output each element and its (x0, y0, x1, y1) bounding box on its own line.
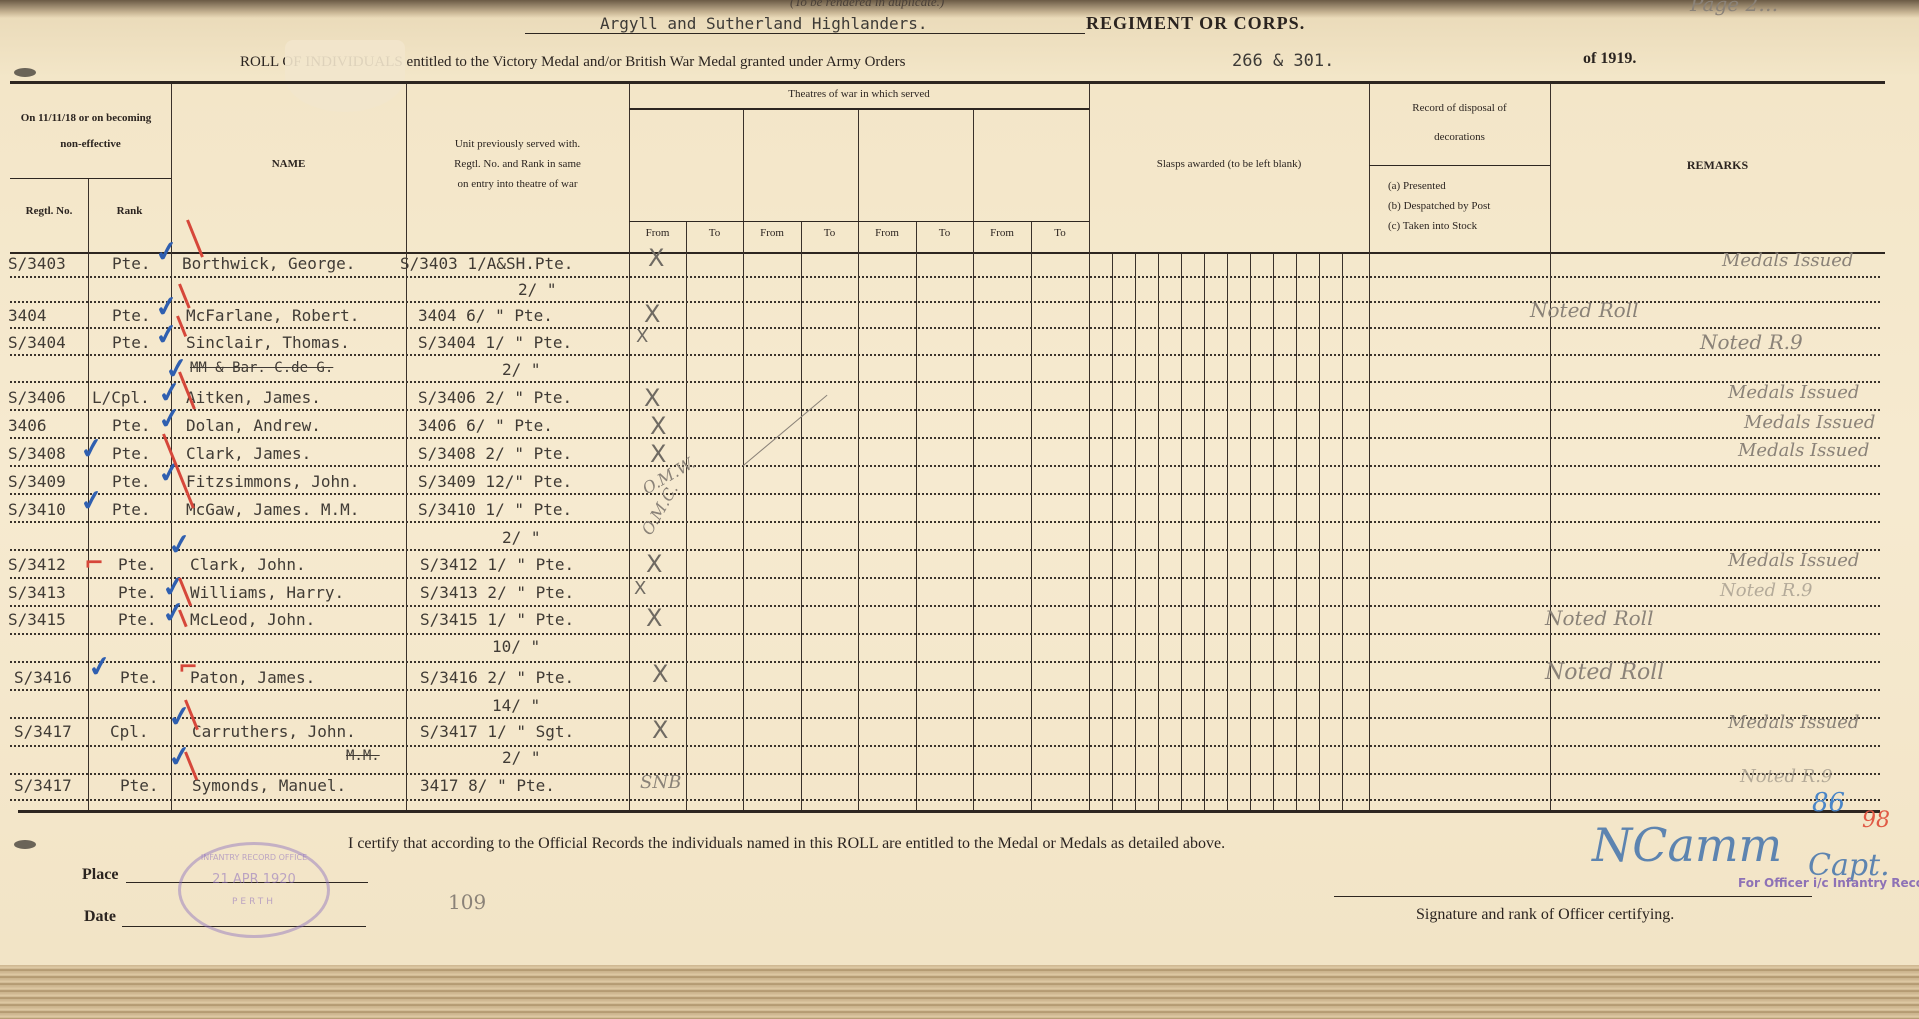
col-divider-t6 (973, 110, 974, 810)
col-divider-unit (406, 84, 407, 810)
pencil-x-mark: X (644, 300, 660, 328)
clasp-line (1204, 254, 1205, 810)
book-page-edges (0, 965, 1919, 1019)
soldier-name: Symonds, Manuel. (192, 776, 346, 795)
row-rule (10, 354, 1880, 356)
row-rule (10, 276, 1880, 278)
rank: Pte. (118, 555, 157, 574)
prior-unit: S/3404 1/ " Pte. (418, 333, 572, 352)
row-rule (10, 799, 1880, 801)
clasp-line (1342, 254, 1343, 810)
regtl-no: S/3415 (8, 610, 66, 629)
clasp-line (1227, 254, 1228, 810)
regtl-no: S/3413 (8, 583, 66, 602)
soldier-name: Dolan, Andrew. (186, 416, 321, 435)
rank: Pte. (118, 583, 157, 602)
certification-statement: I certify that according to the Official… (348, 835, 1225, 853)
page-top-shadow (0, 0, 1919, 18)
soldier-name: McGaw, James. M.M. (186, 500, 359, 519)
soldier-name: Paton, James. (190, 668, 315, 687)
header-disposal-line2: decorations (1369, 131, 1550, 143)
clasp-line (1112, 254, 1113, 810)
row-rule (10, 381, 1880, 383)
prior-unit: 2/ " (518, 280, 557, 299)
roll-year: of 1919. (1583, 50, 1636, 68)
clasp-line (1250, 254, 1251, 810)
col-divider-t7 (1031, 222, 1032, 810)
record-office-stamp: INFANTRY RECORD OFFICE 21 APR 1920 PERTH (178, 842, 330, 938)
stamp-date: 21 APR 1920 (181, 872, 327, 887)
regtl-no: S/3417 (14, 722, 72, 741)
pencil-x-mark: X (646, 550, 662, 578)
prior-unit: S/3408 2/ " Pte. (418, 444, 572, 463)
from-to-rule (629, 221, 1089, 222)
prior-unit: 10/ " (492, 637, 540, 656)
header-unit-line1: Unit previously served with. (406, 138, 629, 150)
header-to-3: To (916, 227, 973, 239)
clasp-line (1273, 254, 1274, 810)
disposal-rule (1369, 165, 1550, 166)
header-clasps: Slasps awarded (to be left blank) (1089, 158, 1369, 170)
stamp-office: INFANTRY RECORD OFFICE (181, 853, 327, 862)
prior-unit: 3417 8/ " Pte. (420, 776, 555, 795)
remark-handwritten: Noted R.9 (1740, 766, 1832, 787)
remark-handwritten: Noted R.9 (1720, 580, 1812, 601)
header-remarks: REMARKS (1550, 158, 1885, 173)
soldier-name: Sinclair, Thomas. (186, 333, 350, 352)
row-rule (10, 577, 1880, 579)
prior-unit: 3404 6/ " Pte. (418, 306, 553, 325)
header-name: NAME (171, 158, 406, 170)
row-rule (10, 465, 1880, 467)
blue-checkmark: ✓ (78, 431, 106, 467)
col-divider-t2 (743, 110, 744, 810)
pencil-x-mark: X (652, 716, 668, 744)
remark-handwritten: Noted Roll (1545, 606, 1653, 630)
header-unit-line2: Regtl. No. and Rank in same (406, 158, 629, 170)
pencil-note: SNB (640, 772, 681, 793)
prior-unit: S/3416 2/ " Pte. (420, 668, 574, 687)
rank: Pte. (118, 610, 157, 629)
rank: L/Cpl. (92, 388, 150, 407)
regtl-no: 3404 (8, 306, 47, 325)
roll-title-rest: entitled to the Victory Medal and/or Bri… (407, 54, 906, 70)
soldier-name: McLeod, John. (190, 610, 315, 629)
col-divider-t3 (801, 222, 802, 810)
remark-handwritten: Noted Roll (1545, 660, 1664, 685)
soldier-name: McFarlane, Robert. (186, 306, 359, 325)
header-disposal-line1: Record of disposal of (1369, 102, 1550, 114)
header-theatres: Theatres of war in which served (629, 88, 1089, 100)
rank: Pte. (112, 500, 151, 519)
header-to-1: To (686, 227, 743, 239)
regtl-no: S/3410 (8, 500, 66, 519)
army-orders-number: 266 & 301. (1232, 51, 1334, 71)
prior-unit: 2/ " (502, 528, 541, 547)
soldier-name: Borthwick, George. (182, 254, 355, 273)
header-on-date: On 11/11/18 or on becoming (2, 112, 170, 124)
pencil-x-mark: X (644, 384, 660, 412)
rank: Cpl. (110, 722, 149, 741)
remark-handwritten: Medals Issued (1744, 412, 1875, 433)
prior-unit: S/3413 2/ " Pte. (420, 583, 574, 602)
remark-handwritten: Medals Issued (1738, 440, 1869, 461)
struck-decorations: M.M. (346, 748, 380, 764)
col-divider-remarks (1550, 84, 1551, 810)
regtl-no: S/3408 (8, 444, 66, 463)
prior-unit: S/3412 1/ " Pte. (420, 555, 574, 574)
soldier-name: Aitken, James. (186, 388, 321, 407)
regiment-label: REGIMENT OR CORPS. (1086, 13, 1305, 34)
prior-unit: S/3417 1/ " Sgt. (420, 722, 574, 741)
header-from-2: From (743, 227, 801, 239)
folio-number: 109 (448, 890, 486, 914)
header-disposal-c: (c) Taken into Stock (1388, 220, 1477, 232)
col-divider-t4 (858, 110, 859, 810)
blue-checkmark: ✓ (166, 739, 194, 775)
remark-handwritten: Medals Issued (1728, 712, 1859, 733)
blue-checkmark: ✓ (153, 317, 181, 353)
stamp-location: PERTH (181, 897, 327, 907)
clasp-line (1135, 254, 1136, 810)
row-rule (10, 717, 1880, 719)
non-effective-rule (10, 178, 171, 179)
pencil-x-mark: X (648, 244, 664, 272)
prior-unit: 2/ " (502, 360, 541, 379)
col-divider-t1 (686, 222, 687, 810)
header-rank: Rank (88, 205, 171, 217)
header-unit-line3: on entry into theatre of war (406, 178, 629, 190)
remark-handwritten: Medals Issued (1728, 550, 1859, 571)
row-rule (10, 437, 1880, 439)
rank: Pte. (112, 472, 151, 491)
soldier-name: Fitzsimmons, John. (186, 472, 359, 491)
blue-checkmark: ✓ (166, 527, 194, 563)
clasp-line (1181, 254, 1182, 810)
signature-label: Signature and rank of Officer certifying… (1416, 906, 1674, 924)
blue-checkmark: ✓ (156, 401, 184, 437)
prior-unit: 3406 6/ " Pte. (418, 416, 553, 435)
prior-unit: S/3403 1/A&SH.Pte. (400, 254, 573, 273)
rank: Pte. (112, 306, 151, 325)
header-to-2: To (801, 227, 858, 239)
rank: Pte. (120, 668, 159, 687)
pencil-x-mark: X (650, 412, 666, 440)
theatres-rule (629, 108, 1089, 110)
header-from-1: From (629, 227, 686, 239)
header-from-3: From (858, 227, 916, 239)
soldier-name: Clark, John. (190, 555, 306, 574)
officer-signature: NCamm (1592, 818, 1782, 872)
officer-stamp: For Officer i/c Infantry Records (1738, 876, 1919, 890)
regtl-no: S/3403 (8, 254, 66, 273)
remark-handwritten: Medals Issued (1722, 250, 1853, 271)
header-non-effective: non-effective (10, 138, 171, 150)
prior-unit: S/3415 1/ " Pte. (420, 610, 574, 629)
date-label: Date (84, 908, 116, 926)
regiment-underline (525, 33, 1085, 34)
duplicate-instruction: (To be rendered in duplicate.) (790, 0, 944, 10)
regtl-no: 3406 (8, 416, 47, 435)
pencil-x-mark: X (646, 604, 662, 632)
col-divider-theatre (629, 84, 630, 810)
signature-line (1334, 896, 1812, 897)
clasp-line (1319, 254, 1320, 810)
table-top-rule (10, 81, 1885, 84)
regtl-no: S/3416 (14, 668, 72, 687)
regtl-no: S/3412 (8, 555, 66, 574)
paper-repair-patch (285, 40, 405, 112)
page-number-handwritten: Page 2… (1690, 0, 1778, 16)
pencil-x-mark: X (634, 578, 646, 599)
prior-unit: S/3410 1/ " Pte. (418, 500, 572, 519)
header-disposal-b: (b) Despatched by Post (1388, 200, 1490, 212)
col-divider-t5 (916, 222, 917, 810)
remark-handwritten: Medals Issued (1728, 382, 1859, 403)
struck-decorations: MM & Bar. C.de G. (190, 360, 333, 376)
pencil-x-mark: X (636, 326, 648, 347)
row-rule (10, 549, 1880, 551)
blue-checkmark: ✓ (86, 649, 114, 685)
pencil-x-mark: X (650, 440, 666, 468)
regtl-no: S/3417 (14, 776, 72, 795)
place-label: Place (82, 866, 118, 884)
row-rule (10, 689, 1880, 691)
soldier-name: Clark, James. (186, 444, 311, 463)
row-rule (10, 521, 1880, 523)
header-from-4: From (973, 227, 1031, 239)
regiment-name: Argyll and Sutherland Highlanders. (600, 14, 928, 33)
prior-unit: 14/ " (492, 696, 540, 715)
blue-checkmark: ✓ (78, 483, 106, 519)
row-rule (10, 327, 1880, 329)
binding-hole (14, 68, 36, 77)
regtl-no: S/3404 (8, 333, 66, 352)
remark-handwritten: Noted Roll (1530, 298, 1638, 322)
red-tick-mark: ⌐ (84, 548, 104, 577)
col-divider-disposal (1369, 84, 1370, 810)
rank: Pte. (112, 444, 151, 463)
row-rule (10, 773, 1880, 775)
soldier-name: Carruthers, John. (192, 722, 356, 741)
prior-unit: S/3409 12/" Pte. (418, 472, 572, 491)
rank: Pte. (112, 254, 151, 273)
prior-unit: S/3406 2/ " Pte. (418, 388, 572, 407)
pencil-x-mark: X (652, 660, 668, 688)
col-divider-clasps (1089, 84, 1090, 810)
row-rule (10, 745, 1880, 747)
row-rule (10, 633, 1880, 635)
remark-handwritten: Noted R.9 (1700, 330, 1803, 354)
row-rule (10, 409, 1880, 411)
clasp-line (1296, 254, 1297, 810)
row-rule (10, 493, 1880, 495)
header-regtl-no: Regtl. No. (10, 205, 88, 217)
red-tally: 98 (1862, 808, 1890, 833)
regtl-no: S/3406 (8, 388, 66, 407)
rank: Pte. (112, 416, 151, 435)
blue-checkmark: ✓ (153, 234, 181, 270)
regtl-no: S/3409 (8, 472, 66, 491)
soldier-name: Williams, Harry. (190, 583, 344, 602)
prior-unit: 2/ " (502, 748, 541, 767)
rank: Pte. (112, 333, 151, 352)
rank: Pte. (120, 776, 159, 795)
header-to-4: To (1031, 227, 1089, 239)
blue-checkmark: ✓ (166, 699, 194, 735)
blue-tally: 86 (1812, 788, 1845, 818)
binding-hole-lower (14, 840, 36, 849)
header-disposal-a: (a) Presented (1388, 180, 1446, 192)
red-tick-mark: ⌐ (178, 652, 198, 681)
table-bottom-rule (18, 810, 1880, 813)
clasp-line (1158, 254, 1159, 810)
